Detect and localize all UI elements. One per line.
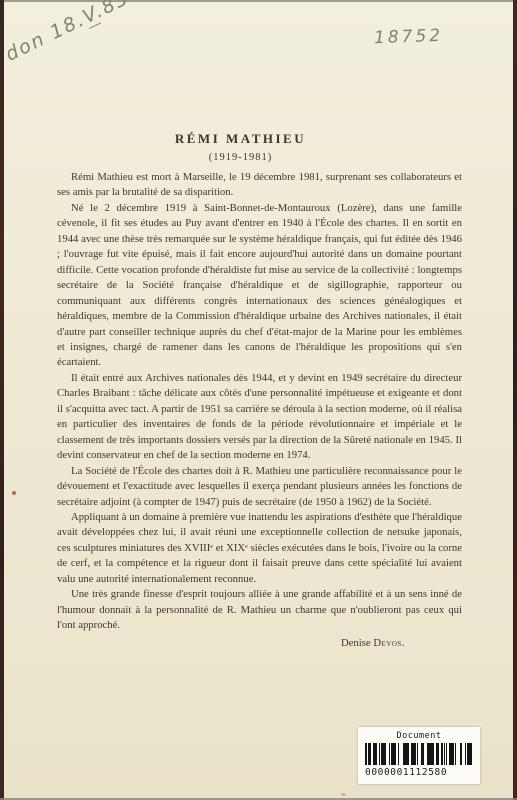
scan-edge-left — [0, 0, 4, 800]
body-paragraph: Il était entré aux Archives nationales d… — [57, 371, 462, 464]
page-title: RÉMI MATHIEU — [38, 131, 443, 147]
author-signature: Denise Devos. — [57, 636, 462, 651]
donation-note-prefix: don 18. — [2, 8, 89, 65]
signature-family-name: Devos. — [373, 637, 405, 649]
library-barcode-label: Document 0000001112580 — [358, 727, 480, 784]
barcode-label-title: Document — [358, 731, 480, 741]
ink-speck — [341, 793, 346, 796]
scanned-document-page: don 18.V.83 18752 RÉMI MATHIEU (1919-198… — [0, 0, 517, 800]
body-paragraph: Appliquant à un domaine à première vue i… — [57, 510, 462, 587]
barcode-image — [365, 743, 473, 765]
body-paragraph: Rémi Mathieu est mort à Marseille, le 19… — [57, 170, 462, 201]
obituary-heading: RÉMI MATHIEU (1919-1981) — [38, 131, 443, 163]
scan-edge-right — [513, 0, 517, 800]
body-paragraph: La Société de l'École des chartes doit à… — [57, 464, 462, 510]
scan-edge-top — [0, 0, 517, 2]
life-dates: (1919-1981) — [38, 152, 443, 163]
body-paragraph: Né le 2 décembre 1919 à Saint-Bonnet-de-… — [57, 201, 462, 371]
signature-given-name: Denise — [341, 637, 373, 649]
barcode-number: 0000001112580 — [365, 767, 480, 778]
obituary-body: Rémi Mathieu est mort à Marseille, le 19… — [57, 170, 462, 651]
handwritten-donation-note: don 18.V.83 — [2, 0, 133, 66]
handwritten-accession-number: 18752 — [374, 26, 444, 48]
ink-speck — [12, 491, 16, 495]
body-paragraph: Une très grande finesse d'esprit toujour… — [57, 587, 462, 633]
